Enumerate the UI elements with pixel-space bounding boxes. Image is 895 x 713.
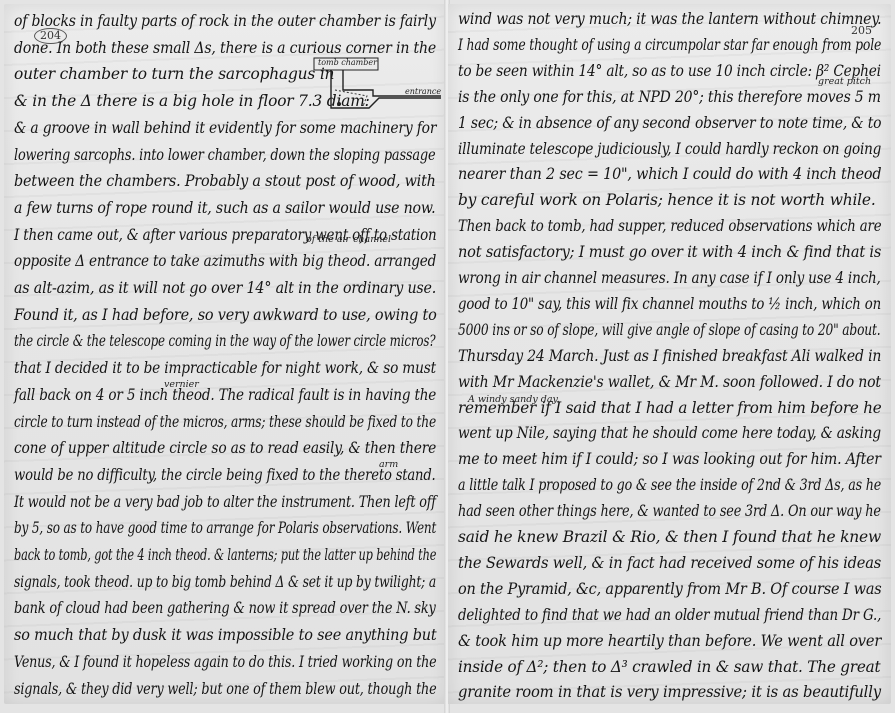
handwritten-line: opposite Δ entrance to take azimuths wit… — [14, 252, 385, 270]
handwritten-line: wind was not very much; it was the lante… — [458, 10, 843, 28]
handwritten-line: would be no difficulty, the circle being… — [14, 466, 373, 484]
manuscript-spread: 204 of blocks in faulty parts of rock in… — [0, 0, 895, 713]
sketch-label-tomb-chamber: tomb chamber — [318, 58, 377, 67]
handwritten-line: Then back to tomb, had supper, reduced o… — [458, 217, 823, 235]
handwritten-line: not satisfactory; I must go over it with… — [458, 243, 857, 261]
interlinear-note: of the air channel — [306, 234, 391, 245]
chamber-sketch: tomb chamber entrance — [309, 56, 444, 116]
handwritten-line: a few turns of rope round it, such as a … — [14, 199, 401, 217]
handwritten-line: nearer than 2 sec = 10", which I could d… — [458, 165, 851, 183]
handwritten-line: as alt-azim, as it will not go over 14° … — [14, 279, 404, 297]
handwritten-line: back to tomb, got the 4 inch theod. & la… — [14, 546, 324, 564]
interlinear-note: vernier — [164, 379, 199, 390]
handwritten-line: is the only one for this, at NPD 20°; th… — [458, 88, 841, 106]
handwritten-line: to be seen within 14° alt, so as to use … — [458, 62, 833, 80]
handwritten-line: bank of cloud had been gathering & now i… — [14, 599, 367, 617]
handwritten-line: & took him up more heartily than before.… — [458, 632, 858, 650]
handwritten-line: inside of Δ²; then to Δ³ crawled in & sa… — [458, 658, 875, 676]
left-page: 204 of blocks in faulty parts of rock in… — [4, 4, 446, 704]
handwritten-line: Venus, & I found it hopeless again to do… — [14, 653, 361, 671]
handwritten-line: the circle & the telescope coming in the… — [14, 332, 338, 350]
handwritten-line: illuminate telescope judiciously, I coul… — [458, 140, 829, 158]
handwritten-line: Found it, as I had before, so very awkwa… — [14, 306, 408, 324]
handwritten-line: said he knew Brazil & Rio, & then I foun… — [458, 528, 881, 546]
handwritten-line: by careful work on Polaris; hence it is … — [458, 191, 881, 209]
handwritten-line: had seen other things here, & wanted to … — [458, 502, 810, 520]
handwritten-line: It would not be a very bad job to alter … — [14, 493, 363, 511]
handwritten-line: of blocks in faulty parts of rock in the… — [14, 12, 396, 30]
interlinear-note: arm — [379, 459, 398, 470]
handwritten-line: granite room in that is very impressive;… — [458, 683, 863, 701]
handwritten-line: signals, & they did very well; but one o… — [14, 680, 363, 698]
handwritten-line: & a groove in wall behind it evidently f… — [14, 119, 393, 137]
handwritten-line: me to meet him if I could; so I was look… — [458, 450, 846, 468]
interlinear-note: great pitch — [818, 76, 871, 87]
handwritten-line: done. In both these small Δs, there is a… — [14, 39, 399, 57]
handwritten-line: with Mr Mackenzie's wallet, & Mr M. soon… — [458, 373, 843, 391]
handwritten-line: by 5, so as to have good time to arrange… — [14, 519, 343, 537]
handwritten-line: delighted to find that we had an older m… — [458, 606, 826, 624]
handwritten-line: fall back on 4 or 5 inch theod. The radi… — [14, 386, 385, 404]
handwritten-line: cone of upper altitude circle so as to r… — [14, 439, 391, 457]
handwritten-line: between the chambers. Probably a stout p… — [14, 172, 406, 190]
handwritten-line: 1 sec; & in absence of any second observ… — [458, 114, 839, 132]
handwritten-line: I had some thought of using a circumpola… — [458, 36, 798, 54]
handwritten-line: 5000 ins or so of slope, will give angle… — [458, 321, 793, 339]
handwritten-line: a little talk I proposed to go & see the… — [458, 476, 805, 494]
handwritten-line: signals, took theod. up to big tomb behi… — [14, 573, 351, 591]
handwritten-line: so much that by dusk it was impossible t… — [14, 626, 409, 644]
handwritten-line: wrong in air channel measures. In any ca… — [458, 269, 829, 287]
sketch-label-entrance: entrance — [405, 87, 441, 96]
handwritten-line: good to 10" say, this will fix channel m… — [458, 295, 823, 313]
handwritten-line: went up Nile, saying that he should come… — [458, 424, 832, 442]
handwritten-line: on the Pyramid, &c, apparently from Mr B… — [458, 580, 854, 598]
handwritten-line: that I decided it to be impracticable fo… — [14, 359, 388, 377]
right-page: 205 wind was not very much; it was the l… — [448, 4, 891, 704]
handwritten-line: circle to turn instead of the micros, ar… — [14, 413, 348, 431]
handwritten-line: the Sewards well, & in fact had received… — [458, 554, 859, 572]
handwritten-line: lowering sarcophs. into lower chamber, d… — [14, 146, 367, 164]
handwritten-line: Thursday 24 March. Just as I finished br… — [458, 347, 841, 365]
interlinear-note: A windy sandy day. — [468, 394, 560, 405]
